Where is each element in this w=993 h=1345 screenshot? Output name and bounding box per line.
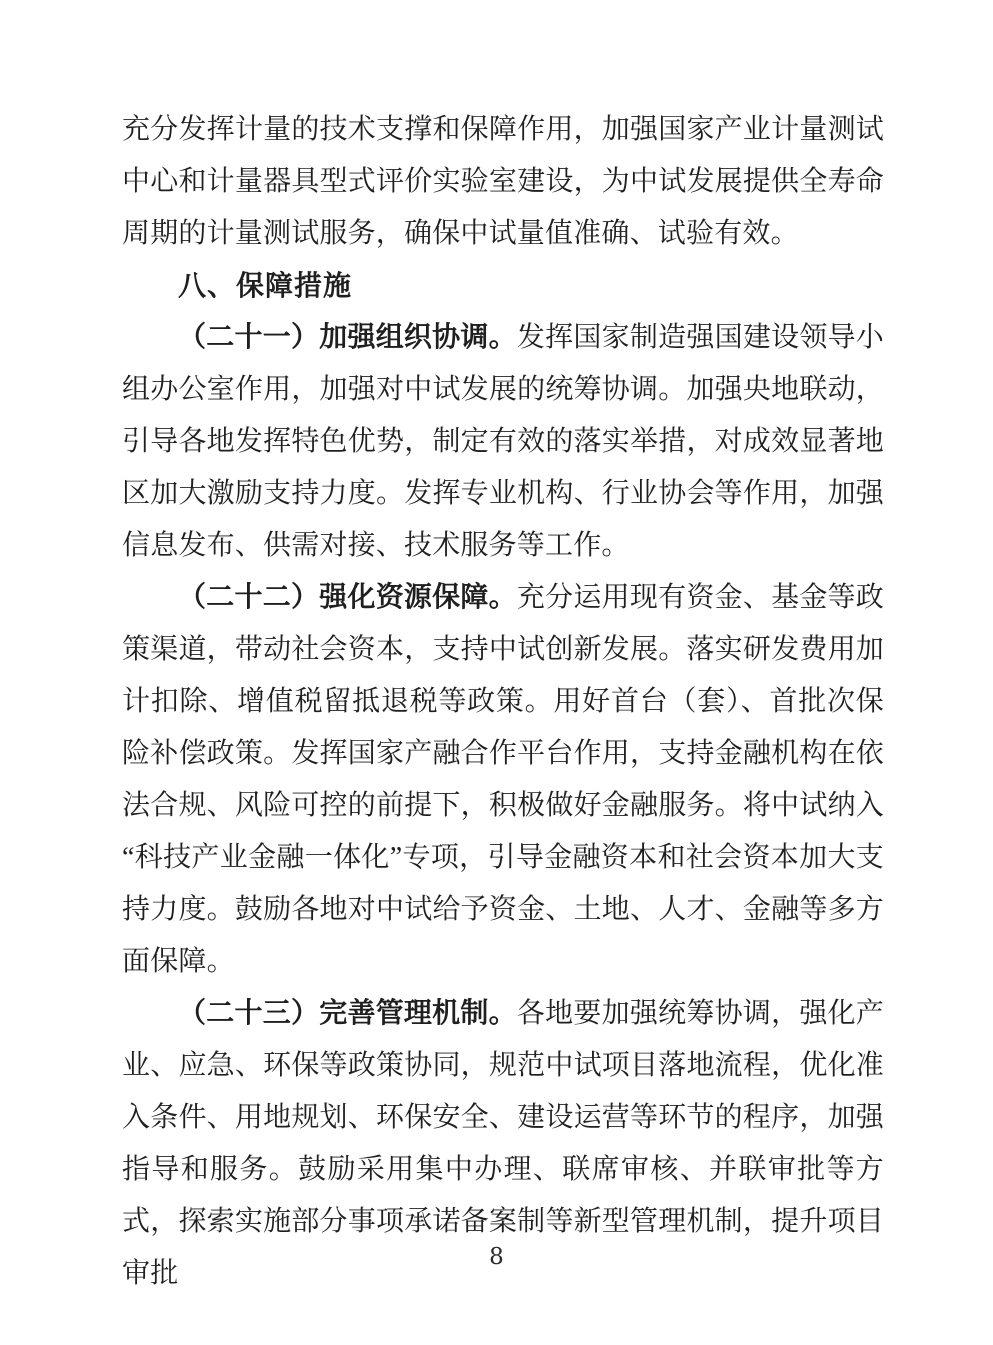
paragraph-21-body: 发挥国家制造强国建设领导小组办公室作用，加强对中试发展的统筹协调。加强央地联动，… bbox=[122, 322, 884, 561]
intro-paragraph-text: 充分发挥计量的技术支撑和保障作用，加强国家产业计量测试中心和计量器具型式评价实验… bbox=[122, 114, 884, 249]
page-number: 8 bbox=[0, 1242, 993, 1272]
paragraph-22: （二十二）强化资源保障。充分运用现有资金、基金等政策渠道，带动社会资本，支持中试… bbox=[122, 572, 884, 988]
document-content: 充分发挥计量的技术支撑和保障作用，加强国家产业计量测试中心和计量器具型式评价实验… bbox=[122, 104, 884, 1300]
paragraph-22-lead: （二十二）强化资源保障。 bbox=[178, 582, 517, 613]
paragraph-23-lead: （二十三）完善管理机制。 bbox=[178, 998, 517, 1029]
paragraph-21: （二十一）加强组织协调。发挥国家制造强国建设领导小组办公室作用，加强对中试发展的… bbox=[122, 312, 884, 572]
paragraph-22-body: 充分运用现有资金、基金等政策渠道，带动社会资本，支持中试创新发展。落实研发费用加… bbox=[122, 582, 884, 977]
paragraph-21-lead: （二十一）加强组织协调。 bbox=[178, 322, 517, 353]
section-heading: 八、保障措施 bbox=[122, 260, 884, 312]
intro-paragraph: 充分发挥计量的技术支撑和保障作用，加强国家产业计量测试中心和计量器具型式评价实验… bbox=[122, 104, 884, 260]
document-page: 充分发挥计量的技术支撑和保障作用，加强国家产业计量测试中心和计量器具型式评价实验… bbox=[0, 0, 993, 1345]
